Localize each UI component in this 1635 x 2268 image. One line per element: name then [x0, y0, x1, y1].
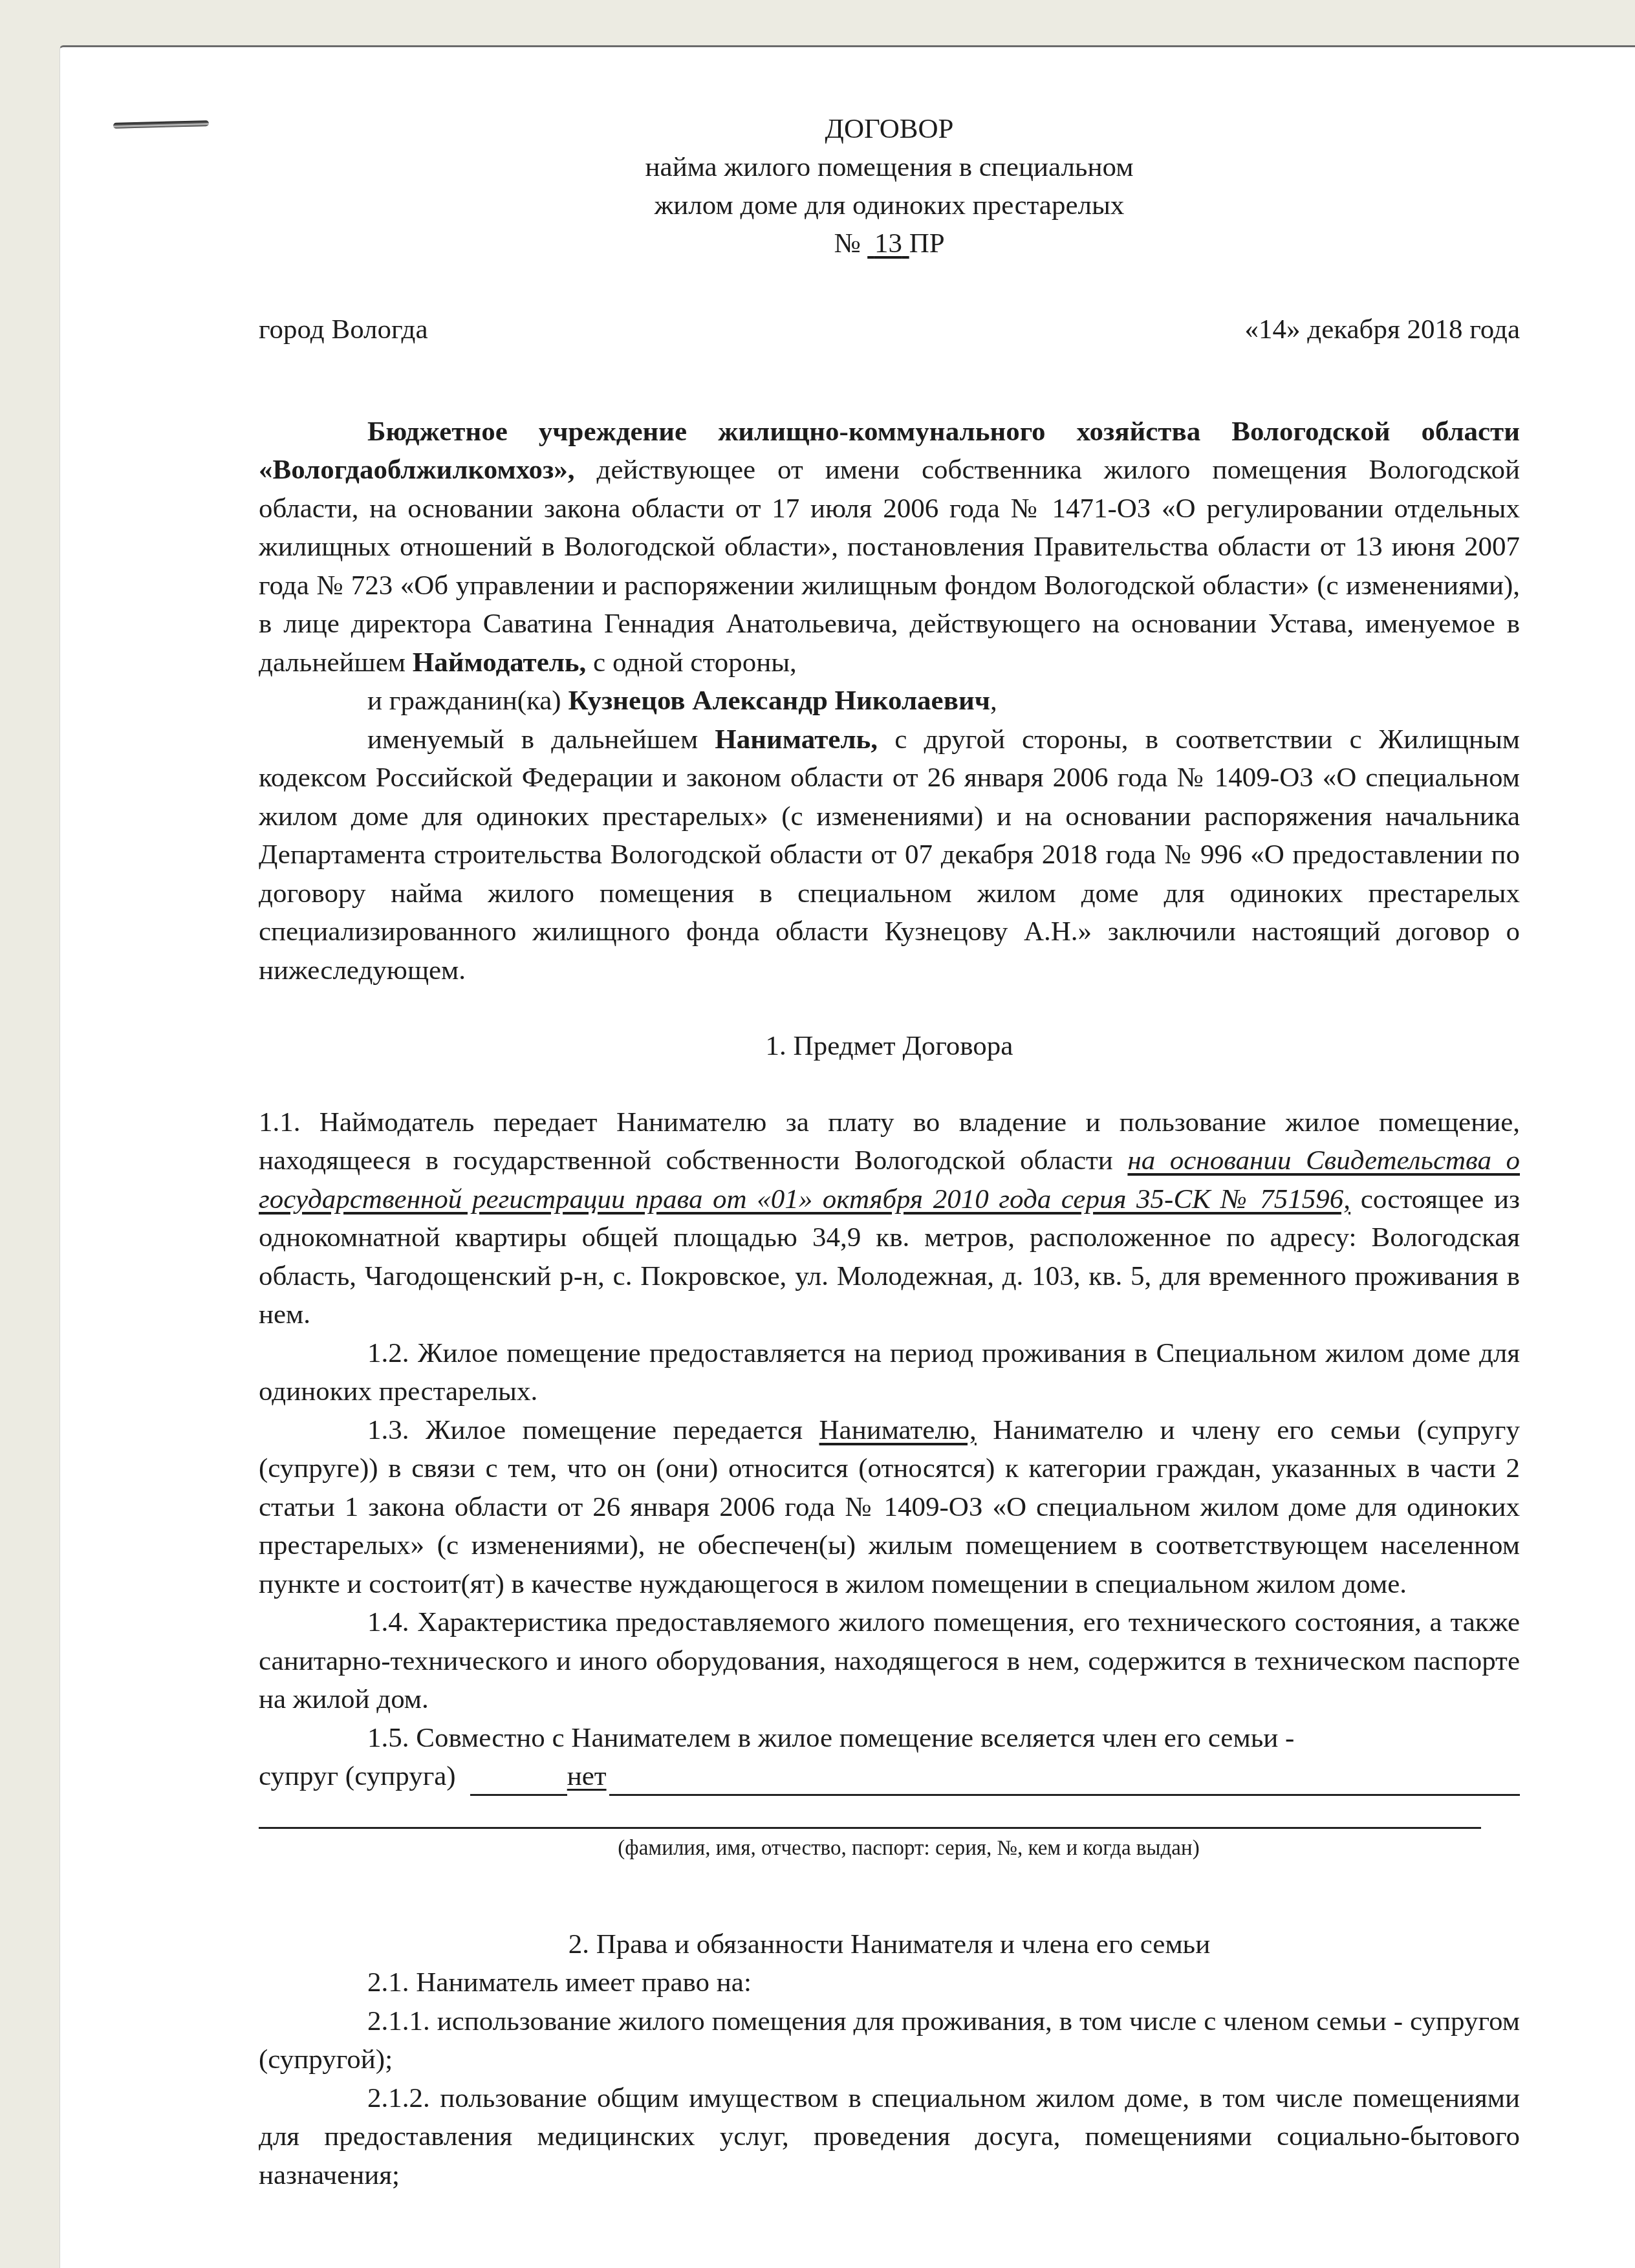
- clause-1-5: 1.5. Совместно с Нанимателем в жилое пом…: [259, 1719, 1520, 1758]
- clause-1-3-underlined: Нанимателю,: [819, 1415, 977, 1445]
- document-title: ДОГОВОР: [259, 110, 1520, 148]
- tenant-prefix: именуемый в дальнейшем: [367, 724, 715, 755]
- contract-number-suffix: ПР: [909, 228, 945, 259]
- spouse-field-row: супруг (супруга) нет: [259, 1757, 1520, 1796]
- spouse-blank-right: [609, 1768, 1520, 1796]
- contract-document: ДОГОВОР найма жилого помещения в специал…: [259, 110, 1520, 2194]
- clause-2-1-1: 2.1.1. использование жилого помещения дл…: [259, 2002, 1520, 2079]
- tenant-text: с другой стороны, в соответствии с Жилищ…: [259, 724, 1520, 986]
- city: город Вологда: [259, 310, 428, 349]
- spouse-details-caption: (фамилия, имя, отчество, паспорт: серия,…: [298, 1833, 1520, 1864]
- landlord-term: Наймодатель,: [413, 647, 587, 678]
- contract-number: № 13 ПР: [259, 224, 1520, 263]
- tenant-paragraph: именуемый в дальнейшем Наниматель, с дру…: [259, 720, 1520, 990]
- document-subtitle-line2: жилом доме для одиноких престарелых: [259, 186, 1520, 224]
- clause-2-1: 2.1. Наниматель имеет право на:: [259, 1963, 1520, 2002]
- spouse-value: нет: [567, 1757, 607, 1796]
- document-subtitle-line1: найма жилого помещения в специальном: [259, 148, 1520, 186]
- citizen-prefix: и гражданин(ка): [367, 686, 568, 716]
- tenant-name: Кузнецов Александр Николаевич: [568, 686, 990, 716]
- preamble-paragraph: Бюджетное учреждение жилищно-коммунально…: [259, 413, 1520, 682]
- spouse-blank-left: [470, 1768, 567, 1796]
- clause-1-4: 1.4. Характеристика предоставляемого жил…: [259, 1603, 1520, 1719]
- clause-1-2: 1.2. Жилое помещение предоставляется на …: [259, 1334, 1520, 1411]
- citizen-paragraph: и гражданин(ка) Кузнецов Александр Никол…: [259, 682, 1520, 720]
- section-2-heading: 2. Права и обязанности Нанимателя и член…: [259, 1925, 1520, 1964]
- clause-2-1-2: 2.1.2. пользование общим имуществом в сп…: [259, 2079, 1520, 2195]
- clause-1-3: 1.3. Жилое помещение передается Нанимате…: [259, 1411, 1520, 1604]
- contract-date: «14» декабря 2018 года: [1245, 310, 1521, 349]
- preamble-tail: с одной стороны,: [586, 647, 796, 678]
- place-date-row: город Вологда «14» декабря 2018 года: [259, 310, 1520, 349]
- citizen-suffix: ,: [990, 686, 997, 716]
- number-value-text: 13: [874, 228, 902, 259]
- number-sign: №: [834, 228, 860, 259]
- document-header: ДОГОВОР найма жилого помещения в специал…: [259, 110, 1520, 263]
- tenant-term: Наниматель,: [715, 724, 878, 755]
- spouse-label: супруг (супруга): [259, 1757, 456, 1796]
- section-1-heading: 1. Предмет Договора: [259, 1027, 1520, 1066]
- spouse-details-line: [259, 1796, 1481, 1829]
- contract-number-value: 13: [867, 228, 909, 259]
- preamble-text: действующее от имени собственника жилого…: [259, 455, 1520, 678]
- clause-1-1: 1.1. Наймодатель передает Нанимателю за …: [259, 1103, 1520, 1334]
- clause-1-3-start: 1.3. Жилое помещение передается: [367, 1415, 819, 1445]
